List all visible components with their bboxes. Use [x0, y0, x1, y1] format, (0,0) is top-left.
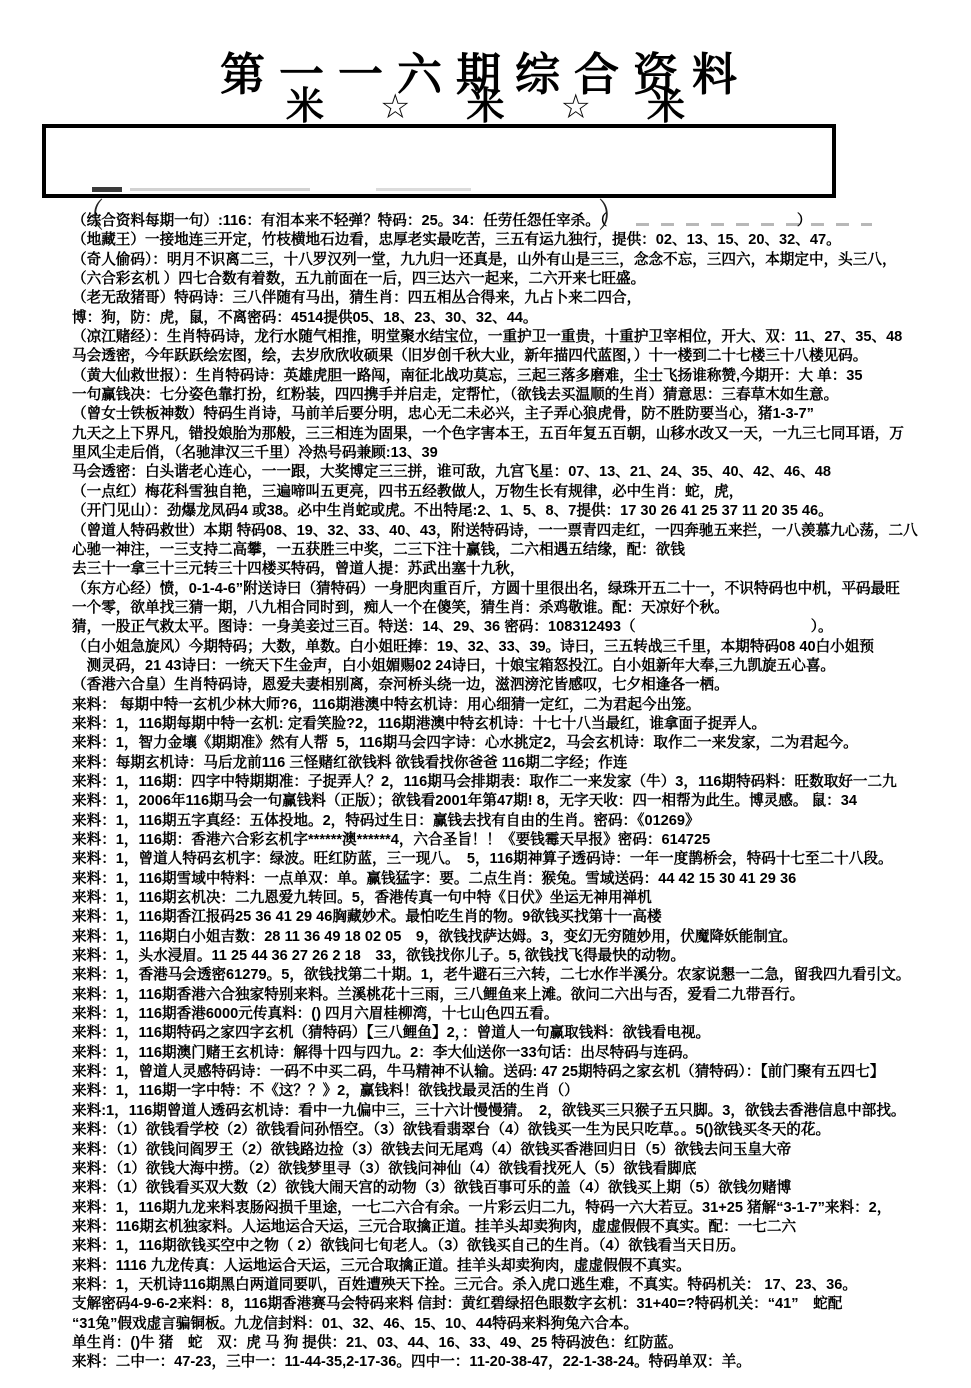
header-box [42, 124, 836, 198]
text-line: 马会透密，今年跃跃绘宏图，绘，去岁欣欣收硕果（旧岁创千秋大业，新年描四代蓝图，）… [72, 347, 971, 366]
text-line: 来料：1，116期九龙来料衷肠闷损千里途，一七二六合有余。一片彩云归二九，特码一… [72, 1199, 971, 1218]
text-line: 来料：1，116期欲钱买空中之物（ 2）欲钱问七旬老人。（3）欲钱买自己的生肖。… [72, 1237, 971, 1256]
text-line: （黄大仙救世报）：生肖特码诗：英雄虎胆一路闯，南征北战功莫忘，三起三落多磨难，尘… [72, 367, 971, 386]
document-lines: （综合资料每期一句）:116：有泪本来不轻弹？特码：25。34：任劳任怨任宰杀。… [72, 212, 971, 1373]
text-line: （地藏王）一接地连三开定，竹枝横地石边看，忠厚老实最吃苦，三五有运九独行，提供：… [72, 231, 971, 250]
lottery-data-sheet: 第一一六期综合资料 米 ☆ 米 ☆ 米 （ ） （综合资料每期一句）:116：有… [0, 0, 971, 1388]
text-line: 来料：（1）欲钱看买双大数（2）欲钱大闹天宫的动物（3）欲钱百事可乐的盖（4）欲… [72, 1179, 971, 1198]
faint-smudge [130, 188, 310, 191]
text-line: 来料：1，116期一字中特：不《这？？》2，赢钱料！欲钱找最灵活的生肖（） [72, 1082, 971, 1101]
text-line: 来料：1，116期特码之家四字玄机（猜特码）【三八鲤鱼】2，：曾道人一句赢取钱料… [72, 1024, 971, 1043]
text-line: 猜，一股正气救太平。图诗：一身美妾过三百。特送：14、29、36 密码：1083… [72, 618, 971, 637]
text-line: 来料：1，曾道人灵感特码诗：一码不中买二码，牛马精神不认输。送码: 47 25期… [72, 1063, 971, 1082]
text-line: 来料：1116 九龙传真：人运地运合天运，三元合取擒正道。挂羊头却卖狗肉，虚虚假… [72, 1257, 971, 1276]
text-line: （开门见山）：劲爆龙凤码4 或38。必中生肖蛇或虎。不出特尾:2、1、5、8、7… [72, 502, 971, 521]
solid-star-icon: 米 [647, 88, 685, 126]
text-line: （综合资料每期一句）:116：有泪本来不轻弹？特码：25。34：任劳任怨任宰杀。… [72, 212, 971, 231]
text-line: （曾女士铁板神数）特码生肖诗，马前羊后要分明，忠心无二未必兴，主子弄心狼虎骨，防… [72, 405, 971, 424]
text-line: 来料:1，116期曾道人透码玄机诗：看中一九偏中三，三十六计慢慢猜。 2，欲钱买… [72, 1102, 971, 1121]
text-line: “31兔”假戏虚言骗铜板。九龙信封料：01、32、46、15、10、44特码来料… [72, 1315, 971, 1334]
text-line: （东方心经）愤，0-1-4-6”附送诗曰（猜特码）一身肥肉重百斤，方圆十里很出名… [72, 580, 971, 599]
text-line: 心驰一神注，一三支持二高攀，一五获胜三中奖，二三下注十赢钱，二六相遇五结缘，配：… [72, 541, 971, 560]
text-line: 去三十一拿三十三元转三十四楼买特码，曾道人提：苏武出塞十九秋， [72, 560, 971, 579]
text-line: 里风尘走后俏，（名驰津汉三千里）冷热号码兼顾:13、39 [72, 444, 971, 463]
text-line: （香港六合皇）生肖特码诗，恩爱夫妻相别离，奈河桥头绕一边，滋泗滂沱皆感叹，七夕相… [72, 676, 971, 695]
solid-star-icon: 米 [286, 88, 324, 126]
text-line: 来料：每期玄机诗：马后龙前116 三怪赌红欲钱料 欲钱看找你爸爸 116期二字经… [72, 754, 971, 773]
text-line: 来料：二中一：47-23，三中一：11-44-35,2-17-36。四中一：11… [72, 1353, 971, 1372]
text-line: （一点红）梅花科雪独自艳，三遍啼叫五更亮，四书五经教做人，万物生长有规律，必中生… [72, 483, 971, 502]
text-line: 来料：1，116期香港六合独家特别来料。兰溪桃花十三雨，三八鲤鱼来上滩。欲问二六… [72, 986, 971, 1005]
text-line: 来料：1，头水浸眉。11 25 44 36 27 26 2 18 33，欲钱找你… [72, 947, 971, 966]
text-line: 来料：1，116期：四字中特期期准：子捉弄人？2，116期马会排期表：取作二一来… [72, 773, 971, 792]
text-line: 支解密码4-9-6-2来料：8，116期香港赛马会特码来料 信封：黄红碧绿招色眼… [72, 1295, 971, 1314]
text-line: 博：狗，防：虎，鼠，不离密码：4514提供05、18、23、30、32、44。 [72, 309, 971, 328]
text-line: 来料：116期玄机独家料。人运地运合天运，三元合取擒正道。挂羊头却卖狗肉，虚虚假… [72, 1218, 971, 1237]
star-row: 米 ☆ 米 ☆ 米 [0, 86, 971, 128]
text-line: 来料：（1）欲钱大海中捞。（2）欲钱梦里寻（3）欲钱问神仙（4）欲钱看找死人（5… [72, 1160, 971, 1179]
text-line: （奇人偷码）：明月不识离二三，十八罗汉列一堂，九九归一还真是，山外有山是三三，念… [72, 251, 971, 270]
text-line: （老无敌猪哥）特码诗：三八伴随有马出，猜生肖：四五相丛合得来，九占卜来二四合， [72, 289, 971, 308]
text-line: 来料： 每期中特一玄机少林大师?6，116期港澳中特玄机诗：用心细猜一定红，二为… [72, 696, 971, 715]
solid-star-icon: 米 [466, 88, 504, 126]
text-line: 测灵码，21 43诗曰：一统天下生金声，白小姐媚赐02 24诗曰，十娘宝箱怒投江… [72, 657, 971, 676]
text-line: 单生肖：()牛 猪 蛇 双：虎 马 狗 提供：21、03、44、16、33、49… [72, 1334, 971, 1353]
text-line: 来料：1，116期五字真经：五体投地。2，特码过生日：赢钱去找有自由的生肖。密码… [72, 812, 971, 831]
text-line: 来料：1，香港马会透密61279。5，欲钱找第二十期。1，老牛避石三六转，二七水… [72, 966, 971, 985]
text-line: 一句赢钱决：七分姿色靠打扮，红粉装，四四携手并启走，定帮忙，（欲钱去买温顺的生肖… [72, 386, 971, 405]
text-line: 来料：1，智力金壤《期期准》然有人帮 5，116期马会四字诗：心水挑定2，马会玄… [72, 734, 971, 753]
text-line: 一个零，欲单找三猜一期，八九相合同时到，痴人一个在傻笑，猜生肖：杀鸡敬谁。配：天… [72, 599, 971, 618]
text-line: 来料：1，116期香江报码25 36 41 29 46胸藏妙术。最怕吃生肖的物。… [72, 908, 971, 927]
text-line: 马会透密：白头谐老心连心，一一跟，大奖博定三三拼，谁可敌，九宫飞星：07、13、… [72, 463, 971, 482]
text-line: 来料：1，116期：香港六合彩玄机字******澳******4，六合圣旨！！《… [72, 831, 971, 850]
text-line: 来料：1，116期玄机决：二九恩爱九转回。5，香港传真一句中特《日伏》坐运无神用… [72, 889, 971, 908]
text-line: 来料：1，2006年116期马会一句赢钱料（正版）；欲钱看2001年第47期! … [72, 792, 971, 811]
text-line: 来料：1，曾道人特码玄机字：绿波。旺红防蓝，三一现八。 5，116期神算子透码诗… [72, 850, 971, 869]
text-line: 来料：（1）欲钱看学校（2）欲钱看问孙悟空。（3）欲钱看翡翠台（4）欲钱买一生为… [72, 1121, 971, 1140]
text-line: 来料：1，116期香港6000元传真料：() 四月六眉桂柳湾，十七山色四五看。 [72, 1005, 971, 1024]
text-line: 九天之上下界凡，错投娘胎为那般，三三相连为固果，一个色字害本王，五百年复五百朝，… [72, 425, 971, 444]
faint-smudge [376, 188, 471, 191]
text-line: （凉江赌经）：生肖特码诗，龙行水随气相推，明堂聚水结宝位，一重护卫一重贵，十重护… [72, 328, 971, 347]
text-line: 来料：（1）欲钱问阎罗王（2）欲钱路边捡（3）欲钱去问无尾鸡（4）欲钱买香港回归… [72, 1141, 971, 1160]
hollow-star-icon: ☆ [561, 90, 591, 124]
text-line: 来料：1，116期雪域中特料：一点单双：单。赢钱猛字：要。二点生肖：猴兔。雪域送… [72, 870, 971, 889]
text-line: （六合彩玄机 ）四七合数有着数，五九前面在一后，四三达六一起来，二六开来七旺盛。 [72, 270, 971, 289]
text-line: 来料：1，天机诗116期黑白两道同要叭，百姓遭殃天下拴。三元合。杀入虎口逃生难，… [72, 1276, 971, 1295]
text-line: （白小姐急旋风）今期特码；大数，单数。白小姐旺捧：19、32、33、39。诗曰，… [72, 638, 971, 657]
text-line: 来料：1，116期澳门赌王玄机诗：解得十四与四九。2：李大仙送你一33句话：出尽… [72, 1044, 971, 1063]
text-line: 来料：1，116期白小姐吉数：28 11 36 49 18 02 05 9，欲钱… [72, 928, 971, 947]
hollow-star-icon: ☆ [380, 90, 410, 124]
text-line: （曾道人特码救世）本期 特码08、19、32、33、40、43，附送特码诗，一一… [72, 522, 971, 541]
text-line: 来料：1，116期每期中特一玄机: 定看笑脸?2，116期港澳中特玄机诗：十七十… [72, 715, 971, 734]
